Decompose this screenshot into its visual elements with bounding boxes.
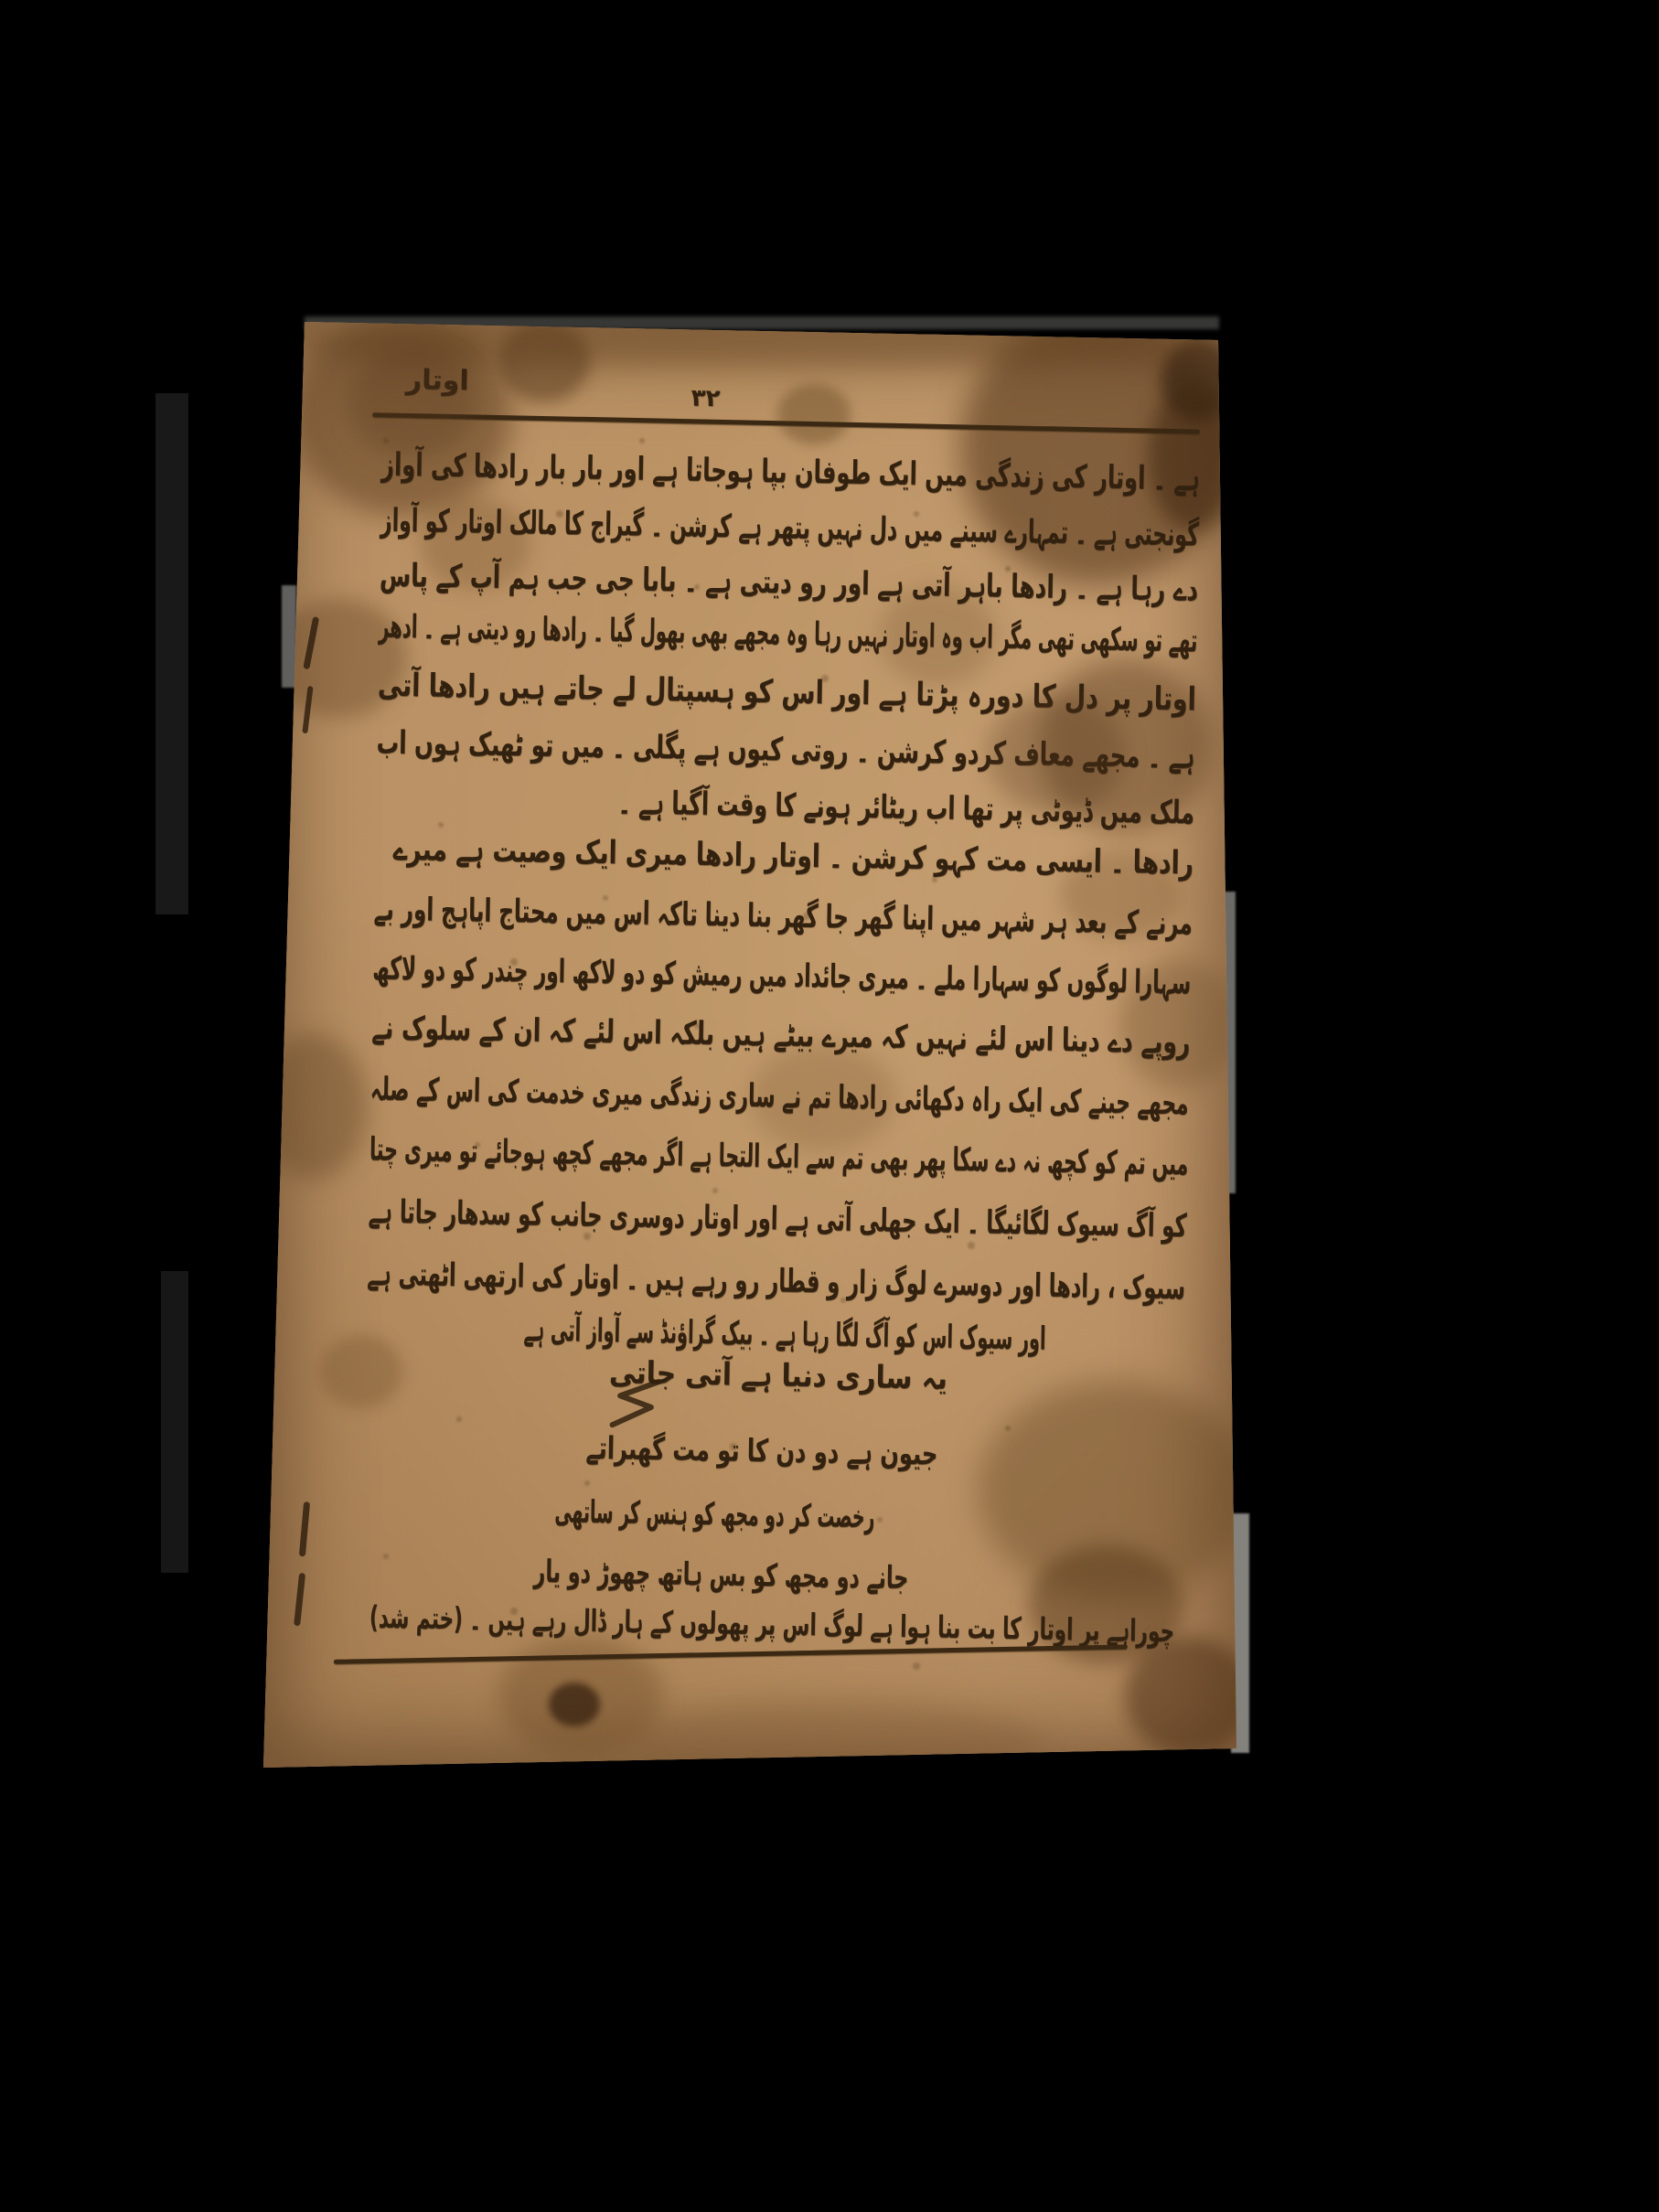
text-line: روپے دے دینا اس لئے نہیں کہ میرے بیٹے ہی…	[371, 1004, 1191, 1066]
verse-line: جانے دو مجھ کو بس ہاتھ چھوڑ دو یار	[533, 1548, 909, 1602]
book-page: اوتار ۳۲ ہے ۔ اوتار کی زندگی میں ایک طوف…	[0, 0, 1659, 2212]
scan-edge-artifact	[282, 585, 296, 688]
text-line: گونجتی ہے ۔ تمہارے سینے میں دل نہیں پتھر…	[380, 497, 1200, 560]
text-line: مرنے کے بعد ہر شہر میں اپنا گھر جا گھر ب…	[373, 885, 1193, 947]
text-line: ہے ۔ اوتار کی زندگی میں ایک طوفان بپا ہو…	[381, 442, 1201, 504]
scan-edge-artifact	[161, 1271, 188, 1573]
margin-ink-mark	[302, 686, 313, 733]
text-line: مجھے جینے کی ایک راہ دکھائی رادھا تم نے …	[370, 1065, 1190, 1127]
verse-line: رخصت کر دو مجھ کو ہنس کر ساتھی	[554, 1488, 875, 1541]
end-rule	[334, 1644, 1128, 1663]
ink-flourish	[605, 1377, 669, 1431]
text-line: سہارا لوگوں کو سہارا ملے ۔ میری جائداد م…	[372, 945, 1192, 1007]
paper-freckles	[0, 0, 4, 4]
paper-stain	[988, 695, 1125, 814]
photo-background: اوتار ۳۲ ہے ۔ اوتار کی زندگی میں ایک طوف…	[0, 0, 1659, 2212]
text-line: تھے تو سکھی تھی مگر اب وہ اوتار نہیں رہا…	[378, 603, 1197, 665]
paper-stain	[348, 347, 476, 457]
scan-edge-artifact	[155, 393, 188, 914]
page-number: ۳۲	[669, 379, 743, 417]
margin-ink-mark	[303, 616, 319, 669]
header-rule	[372, 412, 1200, 433]
text-line: سیوک ، رادھا اور دوسرے لوگ زار و قطار رو…	[367, 1250, 1186, 1312]
page-content: اوتار ۳۲ ہے ۔ اوتار کی زندگی میں ایک طوف…	[279, 322, 1219, 1784]
verse-line: جیون ہے دو دن کا تو مت گھبراتے	[585, 1425, 938, 1479]
text-line: میں تم کو کچھ نہ دے سکا پھر بھی تم سے ای…	[369, 1126, 1188, 1188]
text-line: کو آگ سیوک لگائیگا ۔ ایک جھلی آتی ہے اور…	[368, 1188, 1187, 1250]
